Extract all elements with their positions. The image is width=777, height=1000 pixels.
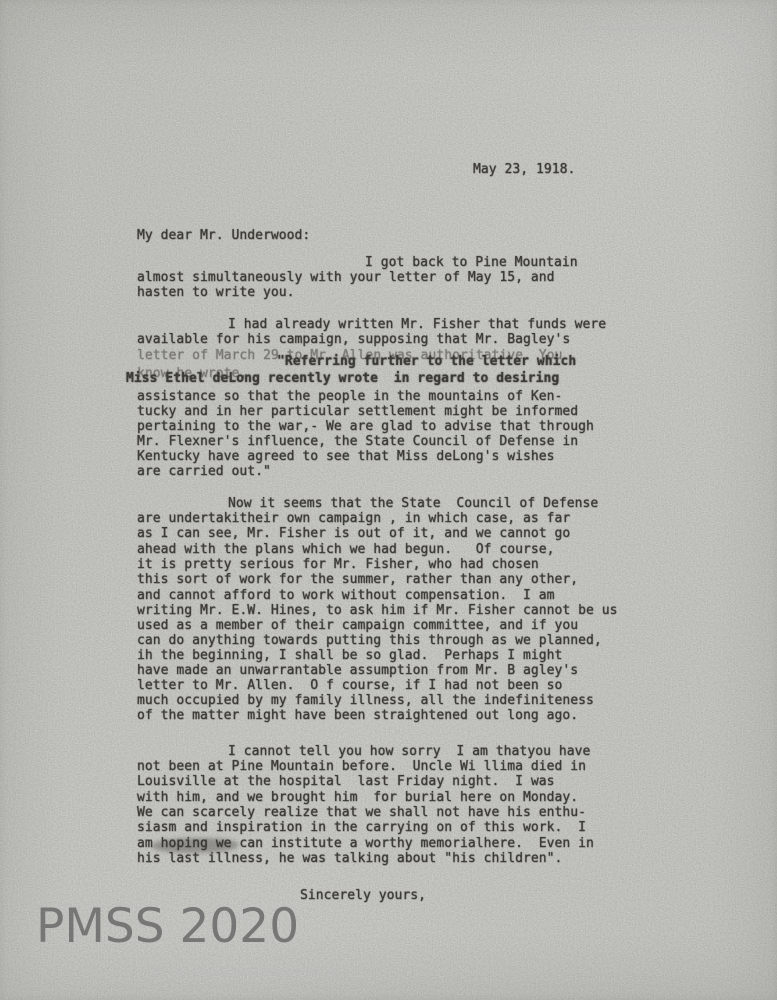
scanned-letter-page: May 23, 1918. My dear Mr. Underwood: I g…	[0, 0, 777, 1000]
letter-line: much occupied by my family illness, all …	[137, 694, 594, 708]
letter-line: have made an unwarrantable assumption fr…	[137, 664, 578, 678]
letter-line: this sort of work for the summer, rather…	[137, 573, 578, 587]
letter-line: hasten to write you.	[137, 286, 295, 300]
letter-line: are carried out."	[137, 465, 271, 479]
letter-line: his last illness, he was talking about "…	[137, 852, 562, 866]
letter-salutation: My dear Mr. Underwood:	[137, 229, 310, 243]
letter-body: May 23, 1918. My dear Mr. Underwood: I g…	[0, 0, 777, 1000]
letter-line: tucky and in her particular settlement m…	[137, 405, 578, 419]
letter-line: ih the beginning, I shall be so glad. Pe…	[137, 649, 562, 663]
letter-line: as I can see, Mr. Fisher is out of it, a…	[137, 527, 570, 541]
letter-line: siasm and inspiration in the carrying on…	[137, 821, 586, 835]
letter-line: assistance so that the people in the mou…	[137, 390, 562, 404]
letter-line: not been at Pine Mountain before. Uncle …	[137, 760, 586, 774]
letter-line: I had already written Mr. Fisher that fu…	[228, 318, 606, 332]
letter-line: can do anything towards putting this thr…	[137, 634, 602, 648]
letter-line: Mr. Flexner's influence, the State Counc…	[137, 435, 578, 449]
letter-line: letter to Mr. Allen. O f course, if I ha…	[137, 679, 562, 693]
letter-line: with him, and we brought him for burial …	[137, 791, 578, 805]
letter-line: are undertakitheir own campaign , in whi…	[137, 512, 570, 526]
letter-line: Louisville at the hospital last Friday n…	[137, 775, 554, 789]
letter-line: ahead with the plans which we had begun.…	[137, 543, 554, 557]
letter-line: writing Mr. E.W. Hines, to ask him if Mr…	[137, 604, 617, 618]
letter-line: We can scarcely realize that we shall no…	[137, 806, 586, 820]
letter-line: almost simultaneously with your letter o…	[137, 271, 554, 285]
ink-smudge	[152, 838, 238, 853]
letter-closing: Sincerely yours,	[300, 889, 426, 903]
letter-line: used as a member of their campaign commi…	[137, 619, 578, 633]
letter-line: available for his campaign, supposing th…	[137, 333, 570, 347]
watermark: PMSS 2020	[36, 901, 299, 953]
letter-line: I got back to Pine Mountain	[365, 256, 578, 270]
letter-line: Now it seems that the State Council of D…	[228, 497, 598, 511]
letter-line: and cannot afford to work without compen…	[137, 589, 554, 603]
letter-line: pertaining to the war,- We are glad to a…	[137, 420, 594, 434]
letter-line: it is pretty serious for Mr. Fisher, who…	[137, 558, 539, 572]
letter-line: Kentucky have agreed to see that Miss de…	[137, 450, 554, 464]
letter-date: May 23, 1918.	[473, 163, 575, 177]
letter-line: of the matter might have been straighten…	[137, 709, 578, 723]
letter-line: Miss Ethel deLong recently wrote in rega…	[126, 372, 559, 386]
letter-line: I cannot tell you how sorry I am thatyou…	[228, 745, 590, 759]
letter-line: "Referring further to the letter which	[277, 355, 576, 369]
